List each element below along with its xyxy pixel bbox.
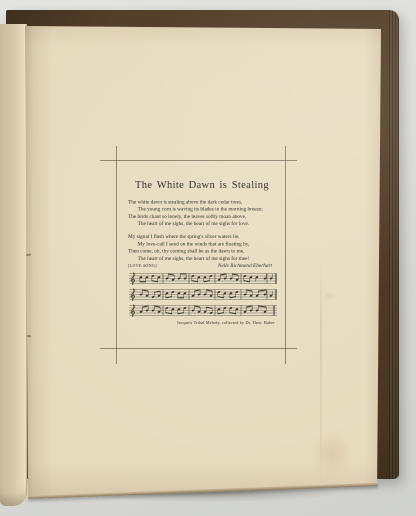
poem: The white dawn is stealing above the dar…	[128, 198, 273, 269]
page-paper: The White Dawn is Stealing The white daw…	[25, 25, 381, 496]
page-stain	[321, 289, 337, 303]
photo-backdrop: The White Dawn is Stealing The white daw…	[0, 0, 416, 516]
book-page: The White Dawn is Stealing The white daw…	[25, 25, 381, 496]
frame-rule-right	[285, 146, 286, 364]
music-staff	[128, 271, 278, 286]
page-stain	[303, 423, 361, 485]
music-staff	[128, 303, 278, 318]
poem-line: My signal I flash where the spring's sil…	[128, 233, 273, 240]
frame-rule-bottom	[100, 348, 297, 349]
poem-line: My love-call I send on the winds that ar…	[128, 240, 273, 247]
song-title: The White Dawn is Stealing	[102, 180, 302, 191]
poem-line: The heart of me sighs, the heart of me s…	[128, 254, 273, 261]
binding-staple	[23, 254, 31, 257]
song-type-label: [LOVE SONG]	[128, 263, 157, 268]
frame-rule-top	[100, 160, 297, 161]
binding-staple	[23, 335, 31, 338]
poem-line: The heart of me sighs, the heart of me s…	[128, 220, 273, 227]
poem-line: The birds chant so lonely, the leaves so…	[128, 212, 273, 219]
music-staff	[128, 287, 278, 302]
staff-notes	[139, 274, 272, 282]
melody-source-caption: Iroquois Tribal Melody, collected by Dr.…	[141, 320, 311, 325]
frame-rule-left	[116, 146, 117, 364]
poem-line: The young corn is waving its blades in t…	[128, 205, 273, 212]
poem-line: The white dawn is stealing above the dar…	[128, 198, 273, 205]
poem-line: Then come, oh, thy coming shall be as th…	[128, 247, 273, 254]
left-page-edge	[0, 24, 27, 506]
